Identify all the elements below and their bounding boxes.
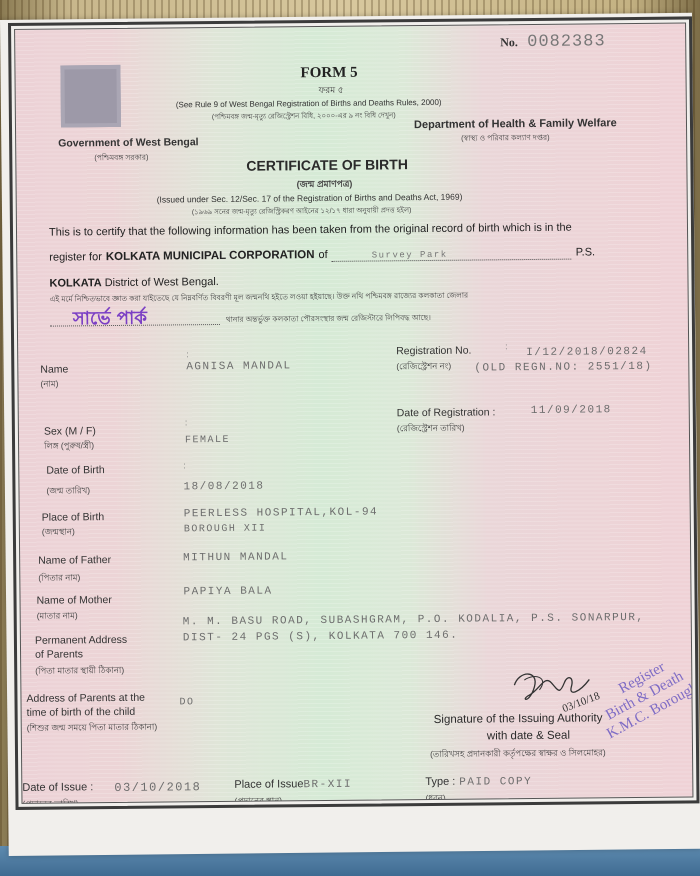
colon: : [505,341,508,351]
certify-district: KOLKATA [49,277,101,289]
name-value: AGNISA MANDAL [186,360,291,373]
mother-label-bengali: (মাতার নাম) [37,609,78,623]
form-title: FORM 5 [300,65,357,83]
father-label: Name of Father [38,554,111,567]
permanent-address-label-1: Permanent Address [35,634,127,647]
mother-label: Name of Mother [36,594,111,607]
place-of-birth-label-bengali: (জন্মস্থান) [42,525,75,539]
place-of-birth-value-2: BOROUGH XII [184,524,267,536]
father-label-bengali: (পিতার নাম) [38,571,80,585]
address-at-birth-label-2: time of birth of the child [27,706,136,719]
type-value: PAID COPY [459,776,532,789]
sex-label-bengali: লিঙ্গ (পুরুষ/স্ত্রী) [44,439,94,453]
address-at-birth-label-1: Address of Parents at the [26,692,145,705]
certify-line-1: This is to certify that the following in… [49,222,572,239]
place-of-issue-value: BR-XII [303,779,352,791]
certify-ps-suffix: P.S. [576,246,595,258]
rule-reference: (See Rule 9 of West Bengal Registration … [176,98,442,110]
date-of-registration-value: 11/09/2018 [531,404,612,417]
permanent-address-label-2: of Parents [35,648,83,660]
issued-under: (Issued under Sec. 12/Sec. 17 of the Reg… [157,192,463,205]
name-label: Name [40,363,68,375]
handwritten-ps-bengali: সার্ভে পার্ক [73,304,147,336]
signature-line-2: with date & Seal [487,730,570,743]
old-registration-no: (OLD REGN.NO: 2551/18) [474,361,652,375]
office-seal: Register Birth & Death K.M.C. Borough-XI… [591,637,693,741]
mother-value: PAPIYA BALA [183,585,272,598]
date-of-registration-label: Date of Registration : [397,406,496,419]
date-of-birth-label: Date of Birth [46,464,104,477]
date-of-issue-label: Date of Issue : [22,781,93,794]
type: Type : PAID COPY [425,775,532,789]
certificate-title: CERTIFICATE OF BIRTH [246,156,408,174]
sex-value: FEMALE [185,435,230,446]
certify-line-3: KOLKATA District of West Bengal. [49,276,218,290]
department-name-bengali: (স্বাস্থ্য ও পরিবার কল্যাণ দপ্তর) [461,133,550,146]
place-of-issue-label: Place of Issue [234,778,303,791]
certify-line-2: register for KOLKATA MUNICIPAL CORPORATI… [49,246,595,264]
certificate-body: No. 0082383 FORM 5 ফরম ৫ (See Rule 9 of … [14,22,693,803]
signature-bengali: (তারিখসহ প্রদানকারী কর্তৃপক্ষের স্বাক্ষর… [430,746,606,762]
colon: : [186,349,189,359]
certify-ps-value: Survey Park [332,249,572,262]
date-of-registration-label-bengali: (রেজিস্ট্রেশন তারিখ) [397,422,465,437]
certify-register-prefix: register for [49,251,102,264]
type-label: Type : [425,776,455,788]
place-of-issue: Place of Issue BR-XII [234,778,352,792]
colon: : [183,460,186,470]
address-at-birth-label-bengali: (শিশুর জন্ম সময়ে পিতা মাতার ঠিকানা) [27,721,158,736]
place-of-birth-label: Place of Birth [42,511,105,524]
registration-no-value: I/12/2018/02824 [526,346,648,359]
place-of-birth-value-1: PEERLESS HOSPITAL,KOL-94 [184,506,379,520]
serial-number: 0082383 [527,32,606,52]
type-label-bengali: (ধরন) [425,792,445,804]
registration-no-label: Registration No. [396,345,471,358]
name-label-bengali: (নাম) [40,378,58,392]
colon: : [185,417,188,427]
photo-placeholder [60,65,121,128]
address-at-birth-value: DO [179,697,194,708]
place-of-issue-label-bengali: (প্রদানের স্থান) [234,794,282,804]
signature-line-1: Signature of the Issuing Authority [434,712,603,726]
date-of-birth-label-bengali: (জন্ম তারিখ) [46,484,90,498]
government-name: Government of West Bengal [58,136,199,149]
date-of-birth-value: 18/08/2018 [183,481,264,494]
form-title-bengali: ফরম ৫ [319,83,344,98]
certify-district-suffix: District of West Bengal. [105,276,219,289]
certify-of: of [318,249,327,261]
sex-label: Sex (M / F) [44,425,96,437]
date-of-issue-label-bengali: (প্রদানের তারিখ) [22,797,78,804]
issued-under-bengali: (১৯৬৯ সনের জন্ম-মৃত্যু রেজিস্ট্রিকরণ আইন… [192,204,412,218]
permanent-address-value-1: M. M. BASU ROAD, SUBASHGRAM, P.O. KODALI… [183,612,645,628]
certify-bengali-2: থানার অন্তর্ভুক্ত কলকাতা পৌরসংস্থার জন্ম… [226,313,431,327]
permanent-address-label-bengali: (পিতা মাতার স্থায়ী ঠিকানা) [35,664,124,679]
registration-no-label-bengali: (রেজিস্ট্রেশন নং) [396,360,451,375]
certificate-frame: No. 0082383 FORM 5 ফরম ৫ (See Rule 9 of … [8,16,700,810]
department-name: Department of Health & Family Welfare [414,117,617,131]
date-of-issue-value: 03/10/2018 [114,780,201,795]
certify-corporation: KOLKATA MUNICIPAL CORPORATION [106,249,315,263]
certificate-title-bengali: (জন্ম প্রমাণপত্র) [296,177,352,193]
rule-reference-bengali: (পশ্চিমবঙ্গ জন্ম-মৃত্যু রেজিস্ট্রেশন বিধ… [212,109,396,123]
government-name-bengali: (পশ্চিমবঙ্গ সরকার) [94,153,148,166]
permanent-address-value-2: DIST- 24 PGS (S), KOLKATA 700 146. [183,630,459,645]
father-value: MITHUN MANDAL [183,551,288,564]
serial-label: No. [500,35,518,50]
